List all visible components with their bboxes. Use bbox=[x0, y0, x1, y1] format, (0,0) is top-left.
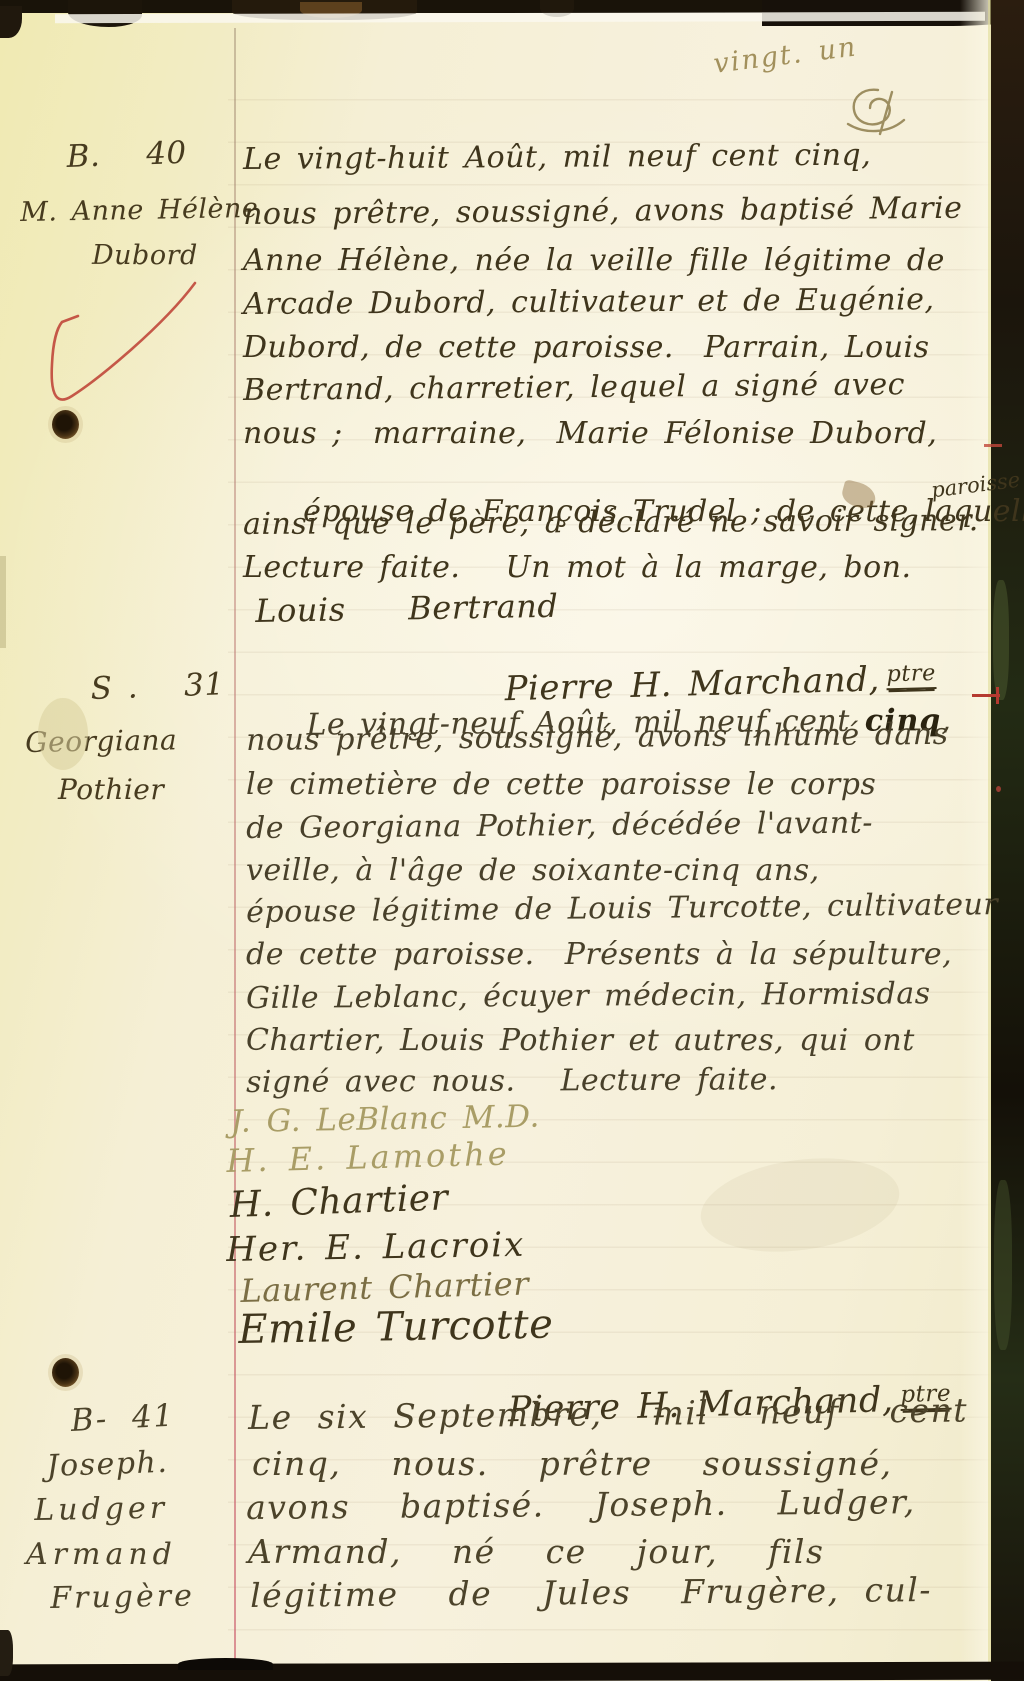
record3-margin-code: B- 41 bbox=[70, 1399, 175, 1438]
record3-margin-name-2: Ludger bbox=[34, 1492, 168, 1527]
binding-bottom-blob bbox=[178, 1658, 273, 1670]
record2-line-8: Gille Leblanc, écuyer médecin, Hormisdas bbox=[246, 977, 931, 1015]
record2-line-4: de Georgiana Pothier, décédée l'avant- bbox=[246, 807, 873, 845]
paper-stain-margin bbox=[38, 698, 88, 770]
record1-line-7: nous ; marraine, Marie Félonise Dubord, bbox=[243, 417, 937, 450]
record1-line-3: Anne Hélène, née la veille fille légitim… bbox=[243, 244, 945, 277]
red-tick-mark-2-cap bbox=[996, 687, 999, 704]
record1-line-1: Le vingt-huit Août, mil neuf cent cinq, bbox=[243, 139, 871, 176]
record2-line-7: de cette paroisse. Présents à la sépultu… bbox=[246, 938, 952, 971]
record3-margin-surname: Frugère bbox=[50, 1579, 195, 1615]
record2-line-6: épouse légitime de Louis Turcotte, culti… bbox=[246, 888, 998, 929]
record1-line-10: Lecture faite. Un mot à la marge, bon. bbox=[243, 551, 912, 584]
binding-right-edge bbox=[991, 0, 1024, 1681]
record2-line-2: nous prêtre, soussigné, avons inhumé dan… bbox=[246, 718, 949, 757]
punch-hole-bottom bbox=[52, 1358, 79, 1387]
left-edge-mark-1 bbox=[0, 556, 6, 648]
binding-moss-patch-1 bbox=[993, 580, 1009, 700]
signature-h-chartier: H. Chartier bbox=[229, 1178, 449, 1225]
binding-moss-patch-2 bbox=[994, 1180, 1012, 1350]
punch-hole-top bbox=[52, 410, 79, 439]
bleedthrough-smudge bbox=[695, 1147, 906, 1264]
red-checkmark bbox=[28, 268, 213, 420]
record2-line-9: Chartier, Louis Pothier et autres, qui o… bbox=[246, 1024, 915, 1057]
record2-margin-surname: Pothier bbox=[58, 775, 164, 806]
record3-line-4: Armand, né ce jour, fils bbox=[248, 1534, 824, 1570]
signature-leblanc: J. G. LeBlanc M.D. bbox=[230, 1100, 540, 1139]
record2-line-5: veille, à l'âge de soixante-cinq ans, bbox=[246, 854, 820, 887]
record2-line-3: le cimetière de cette paroisse le corps bbox=[246, 768, 876, 801]
record1-margin-name: M. Anne Hélène bbox=[20, 194, 259, 228]
record3-margin-name-1: Joseph. bbox=[46, 1446, 169, 1483]
signature-lacroix: Her. E. Lacroix bbox=[226, 1227, 526, 1270]
margin-rule-line bbox=[234, 28, 236, 1673]
record3-line-2: cinq, nous. prêtre soussigné, bbox=[252, 1446, 893, 1482]
record2-line-10: signé avec nous. Lecture faite. bbox=[246, 1063, 778, 1099]
record3-line-1: Le six Septembre, mil neuf cent bbox=[248, 1392, 968, 1436]
record3-margin-name-3: Armand bbox=[26, 1538, 177, 1571]
record1-line-6: Bertrand, charretier, lequel a signé ave… bbox=[243, 368, 905, 407]
left-edge-mark-2 bbox=[0, 1630, 13, 1676]
record1-line-5: Dubord, de cette paroisse. Parrain, Loui… bbox=[243, 331, 930, 364]
record3-line-3: avons baptisé. Joseph. Ludger, bbox=[246, 1484, 916, 1526]
binding-bottom-edge bbox=[0, 1662, 1024, 1681]
record3-line-5: légitime de Jules Frugère, cul- bbox=[250, 1572, 932, 1614]
signature-louis-bertrand: Louis Bertrand bbox=[255, 589, 559, 629]
record1-margin-surname: Dubord bbox=[92, 241, 198, 271]
signature-emile-turcotte: Emile Turcotte bbox=[238, 1303, 554, 1352]
red-tick-mark-1 bbox=[984, 444, 1002, 447]
record1-line-2: nous prêtre, soussigné, avons baptisé Ma… bbox=[243, 192, 963, 231]
record2-margin-code: S . 31 bbox=[90, 667, 225, 706]
folio-number: vingt. un bbox=[712, 32, 859, 79]
parish-register-page: vingt. un B. 40 M. Anne Hélène Dubord Le… bbox=[0, 0, 1024, 1681]
record1-line-4: Arcade Dubord, cultivateur et de Eugénie… bbox=[243, 283, 935, 321]
signature-lamothe: H. E. Lamothe bbox=[226, 1137, 510, 1180]
left-edge-mark-3 bbox=[0, 6, 22, 38]
record1-margin-code: B. 40 bbox=[66, 136, 187, 174]
record1-line-9: ainsi que le père, a déclaré ne savoir s… bbox=[243, 504, 979, 541]
red-dot-mark bbox=[996, 786, 1001, 792]
folio-paraph-mark bbox=[840, 84, 918, 138]
